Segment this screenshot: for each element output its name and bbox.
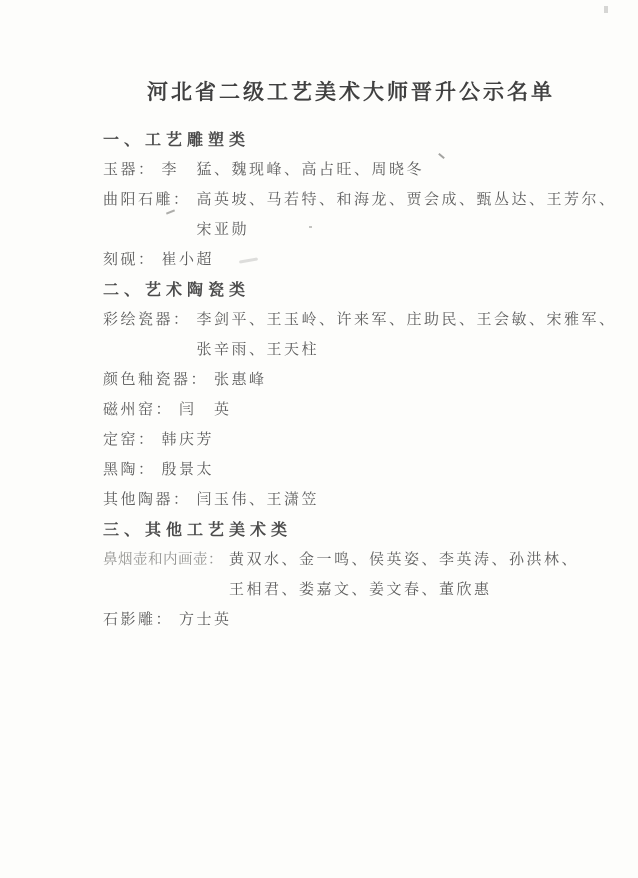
entry-colored-glaze-porcelain: 颜色釉瓷器： 张惠峰 <box>103 370 598 391</box>
entry-quyang-stone-carving: 曲阳石雕： 高英坡、马若特、和海龙、贾会成、甄丛达、王芳尔、 宋亚勋 <box>103 190 598 241</box>
names-line: 高英坡、马若特、和海龙、贾会成、甄丛达、王芳尔、 <box>197 190 617 211</box>
names-quyang-stone-carving: 高英坡、马若特、和海龙、贾会成、甄丛达、王芳尔、 宋亚勋 <box>197 190 617 241</box>
section-heading-craft-sculpture: 一、工艺雕塑类 <box>103 130 598 151</box>
scanned-page: 河北省二级工艺美术大师晋升公示名单 一、工艺雕塑类 玉器： 李 猛、魏现峰、高占… <box>0 0 638 878</box>
section-heading-other-arts-crafts: 三、其他工艺美术类 <box>103 520 598 541</box>
category-label-jade-ware: 玉器： <box>103 160 156 181</box>
entry-jade-ware: 玉器： 李 猛、魏现峰、高占旺、周晓冬 <box>103 160 598 181</box>
names-line: 闫玉伟、王潇笠 <box>197 490 320 511</box>
names-colored-glaze-porcelain: 张惠峰 <box>214 370 267 391</box>
category-label-snuff-bottle-inner-painting: 鼻烟壶和内画壶： <box>103 550 223 571</box>
names-line-continuation: 王相君、娄嘉文、姜文春、董欣惠 <box>229 580 579 601</box>
category-label-ding-kiln: 定窑： <box>103 430 156 451</box>
names-black-pottery: 殷景太 <box>162 460 215 481</box>
names-line: 殷景太 <box>162 460 215 481</box>
category-label-painted-porcelain: 彩绘瓷器： <box>103 310 191 331</box>
entry-ding-kiln: 定窑： 韩庆芳 <box>103 430 598 451</box>
names-cizhou-kiln: 闫 英 <box>179 400 232 421</box>
entry-stone-shadow-carving: 石影雕： 方士英 <box>103 610 598 631</box>
category-label-colored-glaze-porcelain: 颜色釉瓷器： <box>103 370 208 391</box>
category-label-other-pottery: 其他陶器： <box>103 490 191 511</box>
category-label-stone-shadow-carving: 石影雕： <box>103 610 173 631</box>
names-line: 崔小超 <box>162 250 215 271</box>
names-stone-shadow-carving: 方士英 <box>179 610 232 631</box>
names-line: 李剑平、王玉岭、许来军、庄助民、王会敏、宋雅军、 <box>197 310 617 331</box>
entry-painted-porcelain: 彩绘瓷器： 李剑平、王玉岭、许来军、庄助民、王会敏、宋雅军、 张辛雨、王天柱 <box>103 310 598 361</box>
names-line: 方士英 <box>179 610 232 631</box>
page-title: 河北省二级工艺美术大师晋升公示名单 <box>0 0 638 106</box>
names-line: 张惠峰 <box>214 370 267 391</box>
names-line: 韩庆芳 <box>162 430 215 451</box>
names-ding-kiln: 韩庆芳 <box>162 430 215 451</box>
names-line-continuation: 宋亚勋 <box>197 220 617 241</box>
entry-snuff-bottle-inner-painting: 鼻烟壶和内画壶： 黄双水、金一鸣、侯英姿、李英涛、孙洪林、 王相君、娄嘉文、姜文… <box>103 550 598 601</box>
category-label-black-pottery: 黑陶： <box>103 460 156 481</box>
section-heading-art-ceramics: 二、艺术陶瓷类 <box>103 280 598 301</box>
page-content: 一、工艺雕塑类 玉器： 李 猛、魏现峰、高占旺、周晓冬 曲阳石雕： 高英坡、马若… <box>0 130 638 631</box>
names-inkstone-carving: 崔小超 <box>162 250 215 271</box>
names-snuff-bottle-inner-painting: 黄双水、金一鸣、侯英姿、李英涛、孙洪林、 王相君、娄嘉文、姜文春、董欣惠 <box>229 550 579 601</box>
names-line: 李 猛、魏现峰、高占旺、周晓冬 <box>162 160 425 181</box>
names-jade-ware: 李 猛、魏现峰、高占旺、周晓冬 <box>162 160 425 181</box>
names-line: 闫 英 <box>179 400 232 421</box>
names-line-continuation: 张辛雨、王天柱 <box>197 340 617 361</box>
entry-black-pottery: 黑陶： 殷景太 <box>103 460 598 481</box>
names-line: 黄双水、金一鸣、侯英姿、李英涛、孙洪林、 <box>229 550 579 571</box>
category-label-cizhou-kiln: 磁州窑： <box>103 400 173 421</box>
entry-other-pottery: 其他陶器： 闫玉伟、王潇笠 <box>103 490 598 511</box>
entry-cizhou-kiln: 磁州窑： 闫 英 <box>103 400 598 421</box>
entry-inkstone-carving: 刻砚： 崔小超 <box>103 250 598 271</box>
category-label-quyang-stone-carving: 曲阳石雕： <box>103 190 191 211</box>
category-label-inkstone-carving: 刻砚： <box>103 250 156 271</box>
names-painted-porcelain: 李剑平、王玉岭、许来军、庄助民、王会敏、宋雅军、 张辛雨、王天柱 <box>197 310 617 361</box>
names-other-pottery: 闫玉伟、王潇笠 <box>197 490 320 511</box>
